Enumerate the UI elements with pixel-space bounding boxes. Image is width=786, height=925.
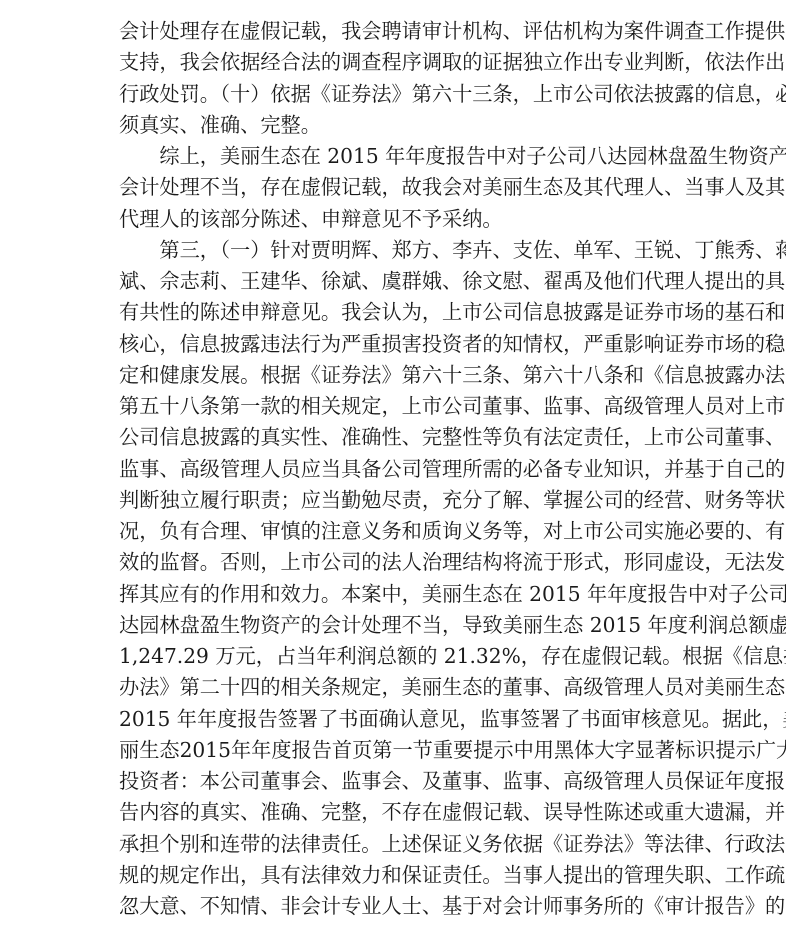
text-line: 1,247.29 万元，占当年利润总额的 21.32%，存在虚假记载。根据《信息… [119, 641, 667, 672]
text-line: 投资者：本公司董事会、监事会、及董事、监事、高级管理人员保证年度报 [119, 766, 667, 797]
text-line: 定和健康发展。根据《证券法》第六十三条、第六十八条和《信息披露办法》 [119, 360, 667, 391]
document-body: 会计处理存在虚假记载，我会聘请审计机构、评估机构为案件调查工作提供 支持，我会依… [119, 16, 667, 922]
text-line: 承担个别和连带的法律责任。上述保证义务依据《证券法》等法律、行政法 [119, 829, 667, 860]
paragraph-1: 会计处理存在虚假记载，我会聘请审计机构、评估机构为案件调查工作提供 支持，我会依… [119, 16, 667, 141]
text-line: 达园林盘盈生物资产的会计处理不当，导致美丽生态 2015 年度利润总额虚增 [119, 610, 667, 641]
text-line: 核心，信息披露违法行为严重损害投资者的知情权，严重影响证券市场的稳 [119, 329, 667, 360]
text-line: 判断独立履行职责；应当勤勉尽责，充分了解、掌握公司的经营、财务等状 [119, 485, 667, 516]
text-line: 2015 年年度报告签署了书面确认意见，监事签署了书面审核意见。据此，美 [119, 704, 667, 735]
text-line: 代理人的该部分陈述、申辩意见不予采纳。 [119, 204, 667, 235]
document-page: 会计处理存在虚假记载，我会聘请审计机构、评估机构为案件调查工作提供 支持，我会依… [0, 0, 786, 925]
text-line: 忽大意、不知情、非会计专业人士、基于对会计师事务所的《审计报告》的 [119, 891, 667, 922]
text-line: 规的规定作出，具有法律效力和保证责任。当事人提出的管理失职、工作疏 [119, 860, 667, 891]
text-line: 效的监督。否则，上市公司的法人治理结构将流于形式，形同虚设，无法发 [119, 547, 667, 578]
text-line: 有共性的陈述申辩意见。我会认为，上市公司信息披露是证券市场的基石和 [119, 297, 667, 328]
text-line: 丽生态2015年年度报告首页第一节重要提示中用黑体大字显著标识提示广大 [119, 735, 667, 766]
text-line: 监事、高级管理人员应当具备公司管理所需的必备专业知识，并基于自己的 [119, 454, 667, 485]
text-line: 挥其应有的作用和效力。本案中，美丽生态在 2015 年年度报告中对子公司八 [119, 579, 667, 610]
text-line: 须真实、准确、完整。 [119, 110, 667, 141]
text-line: 支持，我会依据经合法的调查程序调取的证据独立作出专业判断，依法作出 [119, 47, 667, 78]
text-line: 会计处理不当，存在虚假记载，故我会对美丽生态及其代理人、当事人及其 [119, 172, 667, 203]
text-line: 公司信息披露的真实性、准确性、完整性等负有法定责任，上市公司董事、 [119, 422, 667, 453]
text-line: 行政处罚。（十）依据《证券法》第六十三条，上市公司依法披露的信息，必 [119, 79, 667, 110]
paragraph-2: 综上，美丽生态在 2015 年年度报告中对子公司八达园林盘盈生物资产的 会计处理… [119, 141, 667, 235]
text-line: 第五十八条第一款的相关规定，上市公司董事、监事、高级管理人员对上市 [119, 391, 667, 422]
text-line: 斌、佘志莉、王建华、徐斌、虞群娥、徐文慰、翟禹及他们代理人提出的具 [119, 266, 667, 297]
text-line: 综上，美丽生态在 2015 年年度报告中对子公司八达园林盘盈生物资产的 [119, 141, 667, 172]
text-line: 第三，（一）针对贾明辉、郑方、李卉、支佐、单军、王锐、丁熊秀、蒋 [119, 235, 667, 266]
text-line: 况，负有合理、审慎的注意义务和质询义务等，对上市公司实施必要的、有 [119, 516, 667, 547]
text-line: 告内容的真实、准确、完整，不存在虚假记载、误导性陈述或重大遗漏，并 [119, 797, 667, 828]
text-line: 办法》第二十四的相关条规定，美丽生态的董事、高级管理人员对美丽生态 [119, 672, 667, 703]
paragraph-3: 第三，（一）针对贾明辉、郑方、李卉、支佐、单军、王锐、丁熊秀、蒋 斌、佘志莉、王… [119, 235, 667, 923]
text-line: 会计处理存在虚假记载，我会聘请审计机构、评估机构为案件调查工作提供 [119, 16, 667, 47]
